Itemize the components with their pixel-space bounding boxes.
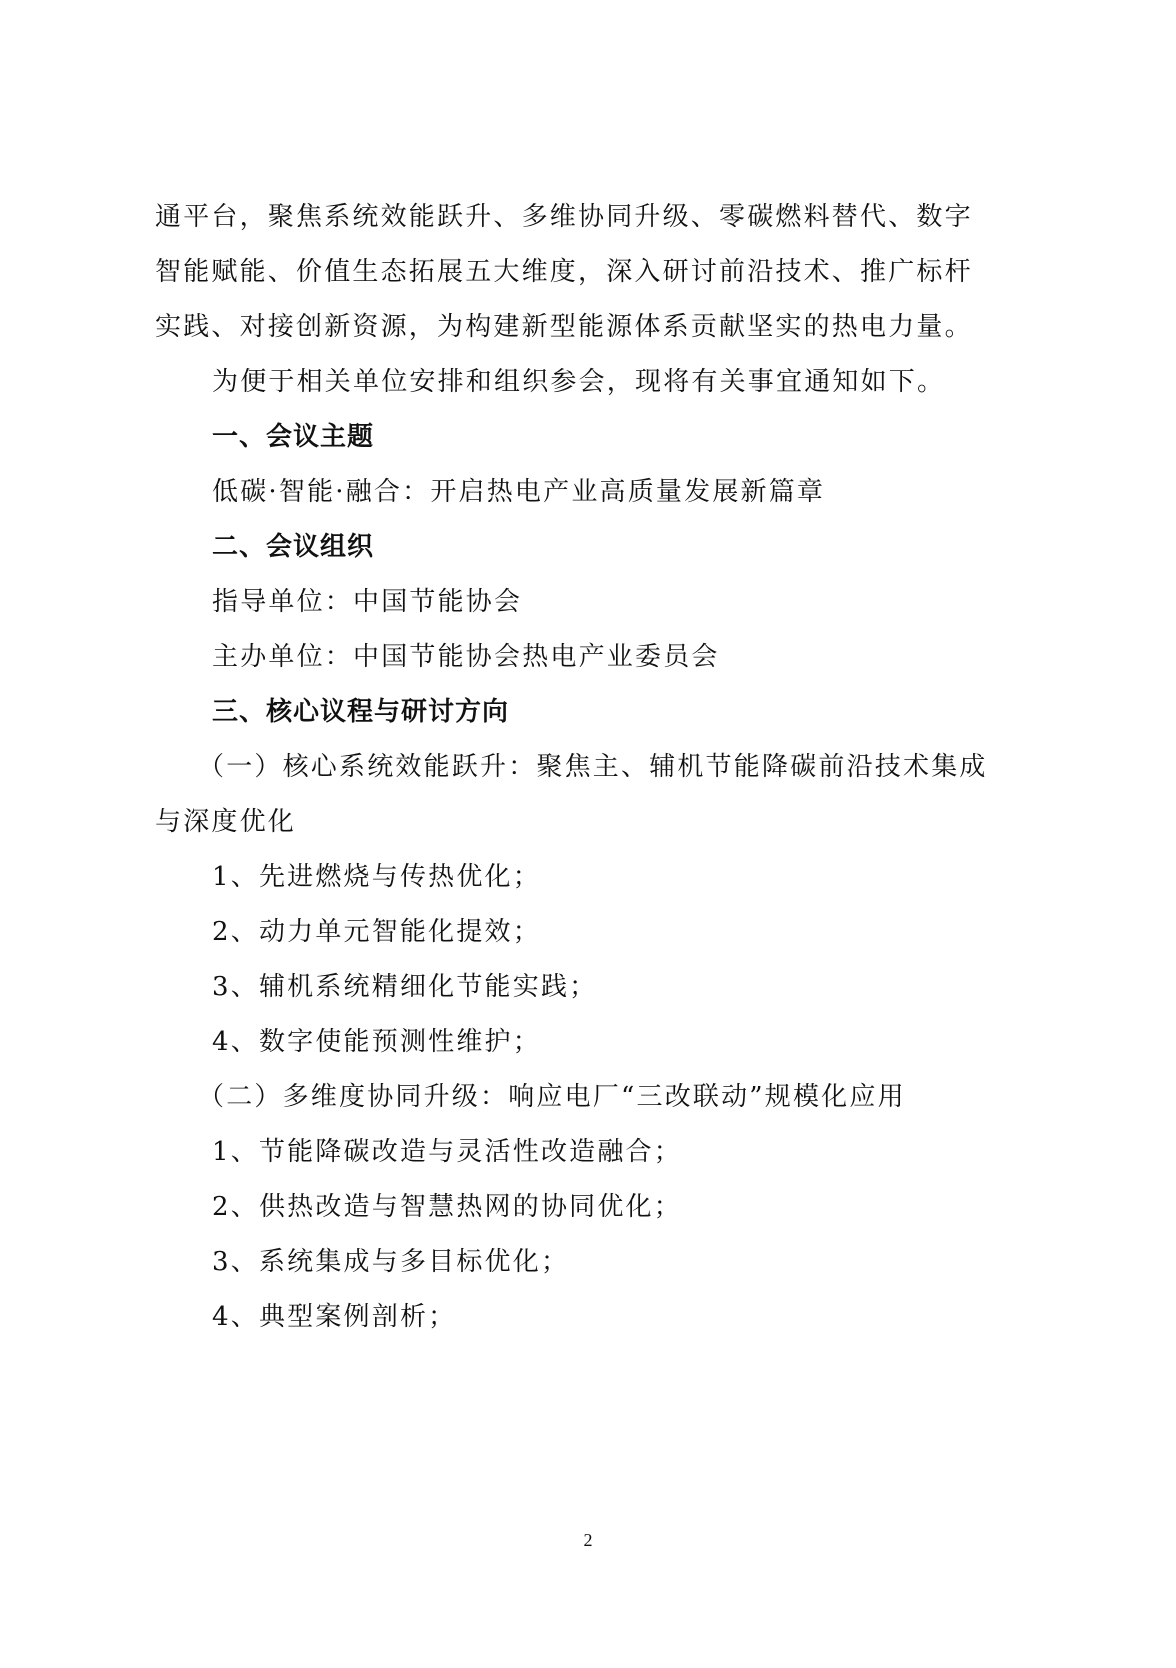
section-heading-agenda: 三、核心议程与研讨方向 — [212, 697, 509, 727]
list-item: 2、动力单元智能化提效； — [212, 917, 541, 947]
subsection-title-1-cont: 与深度优化 — [155, 807, 296, 837]
list-item: 2、供热改造与智慧热网的协同优化； — [212, 1192, 682, 1222]
body-text-line: 通平台，聚焦系统效能跃升、多维协同升级、零碳燃料替代、数字 — [155, 202, 973, 232]
guide-unit: 指导单位：中国节能协会 — [212, 587, 522, 617]
subsection-title-2: （二）多维度协同升级：响应电厂“三改联动”规模化应用 — [198, 1082, 906, 1112]
body-text-line: 智能赋能、价值生态拓展五大维度，深入研讨前沿技术、推广标杆 — [155, 257, 973, 287]
list-item: 3、辅机系统精细化节能实践； — [212, 972, 597, 1002]
list-item: 3、系统集成与多目标优化； — [212, 1247, 569, 1277]
list-item: 1、节能降碳改造与灵活性改造融合； — [212, 1137, 682, 1167]
meeting-theme: 低碳·智能·融合：开启热电产业高质量发展新篇章 — [212, 477, 825, 507]
notice-line: 为便于相关单位安排和组织参会，现将有关事宜通知如下。 — [212, 367, 945, 397]
subsection-title-1: （一）核心系统效能跃升：聚焦主、辅机节能降碳前沿技术集成 — [198, 752, 988, 782]
list-item: 1、先进燃烧与传热优化； — [212, 862, 541, 892]
list-item: 4、数字使能预测性维护； — [212, 1027, 541, 1057]
body-text-line: 实践、对接创新资源，为构建新型能源体系贡献坚实的热电力量。 — [155, 312, 973, 342]
section-heading-organization: 二、会议组织 — [212, 532, 374, 562]
section-heading-theme: 一、会议主题 — [212, 422, 374, 452]
host-unit: 主办单位：中国节能协会热电产业委员会 — [212, 642, 720, 672]
list-item: 4、典型案例剖析； — [212, 1302, 456, 1332]
page-number: 2 — [0, 1530, 1176, 1551]
